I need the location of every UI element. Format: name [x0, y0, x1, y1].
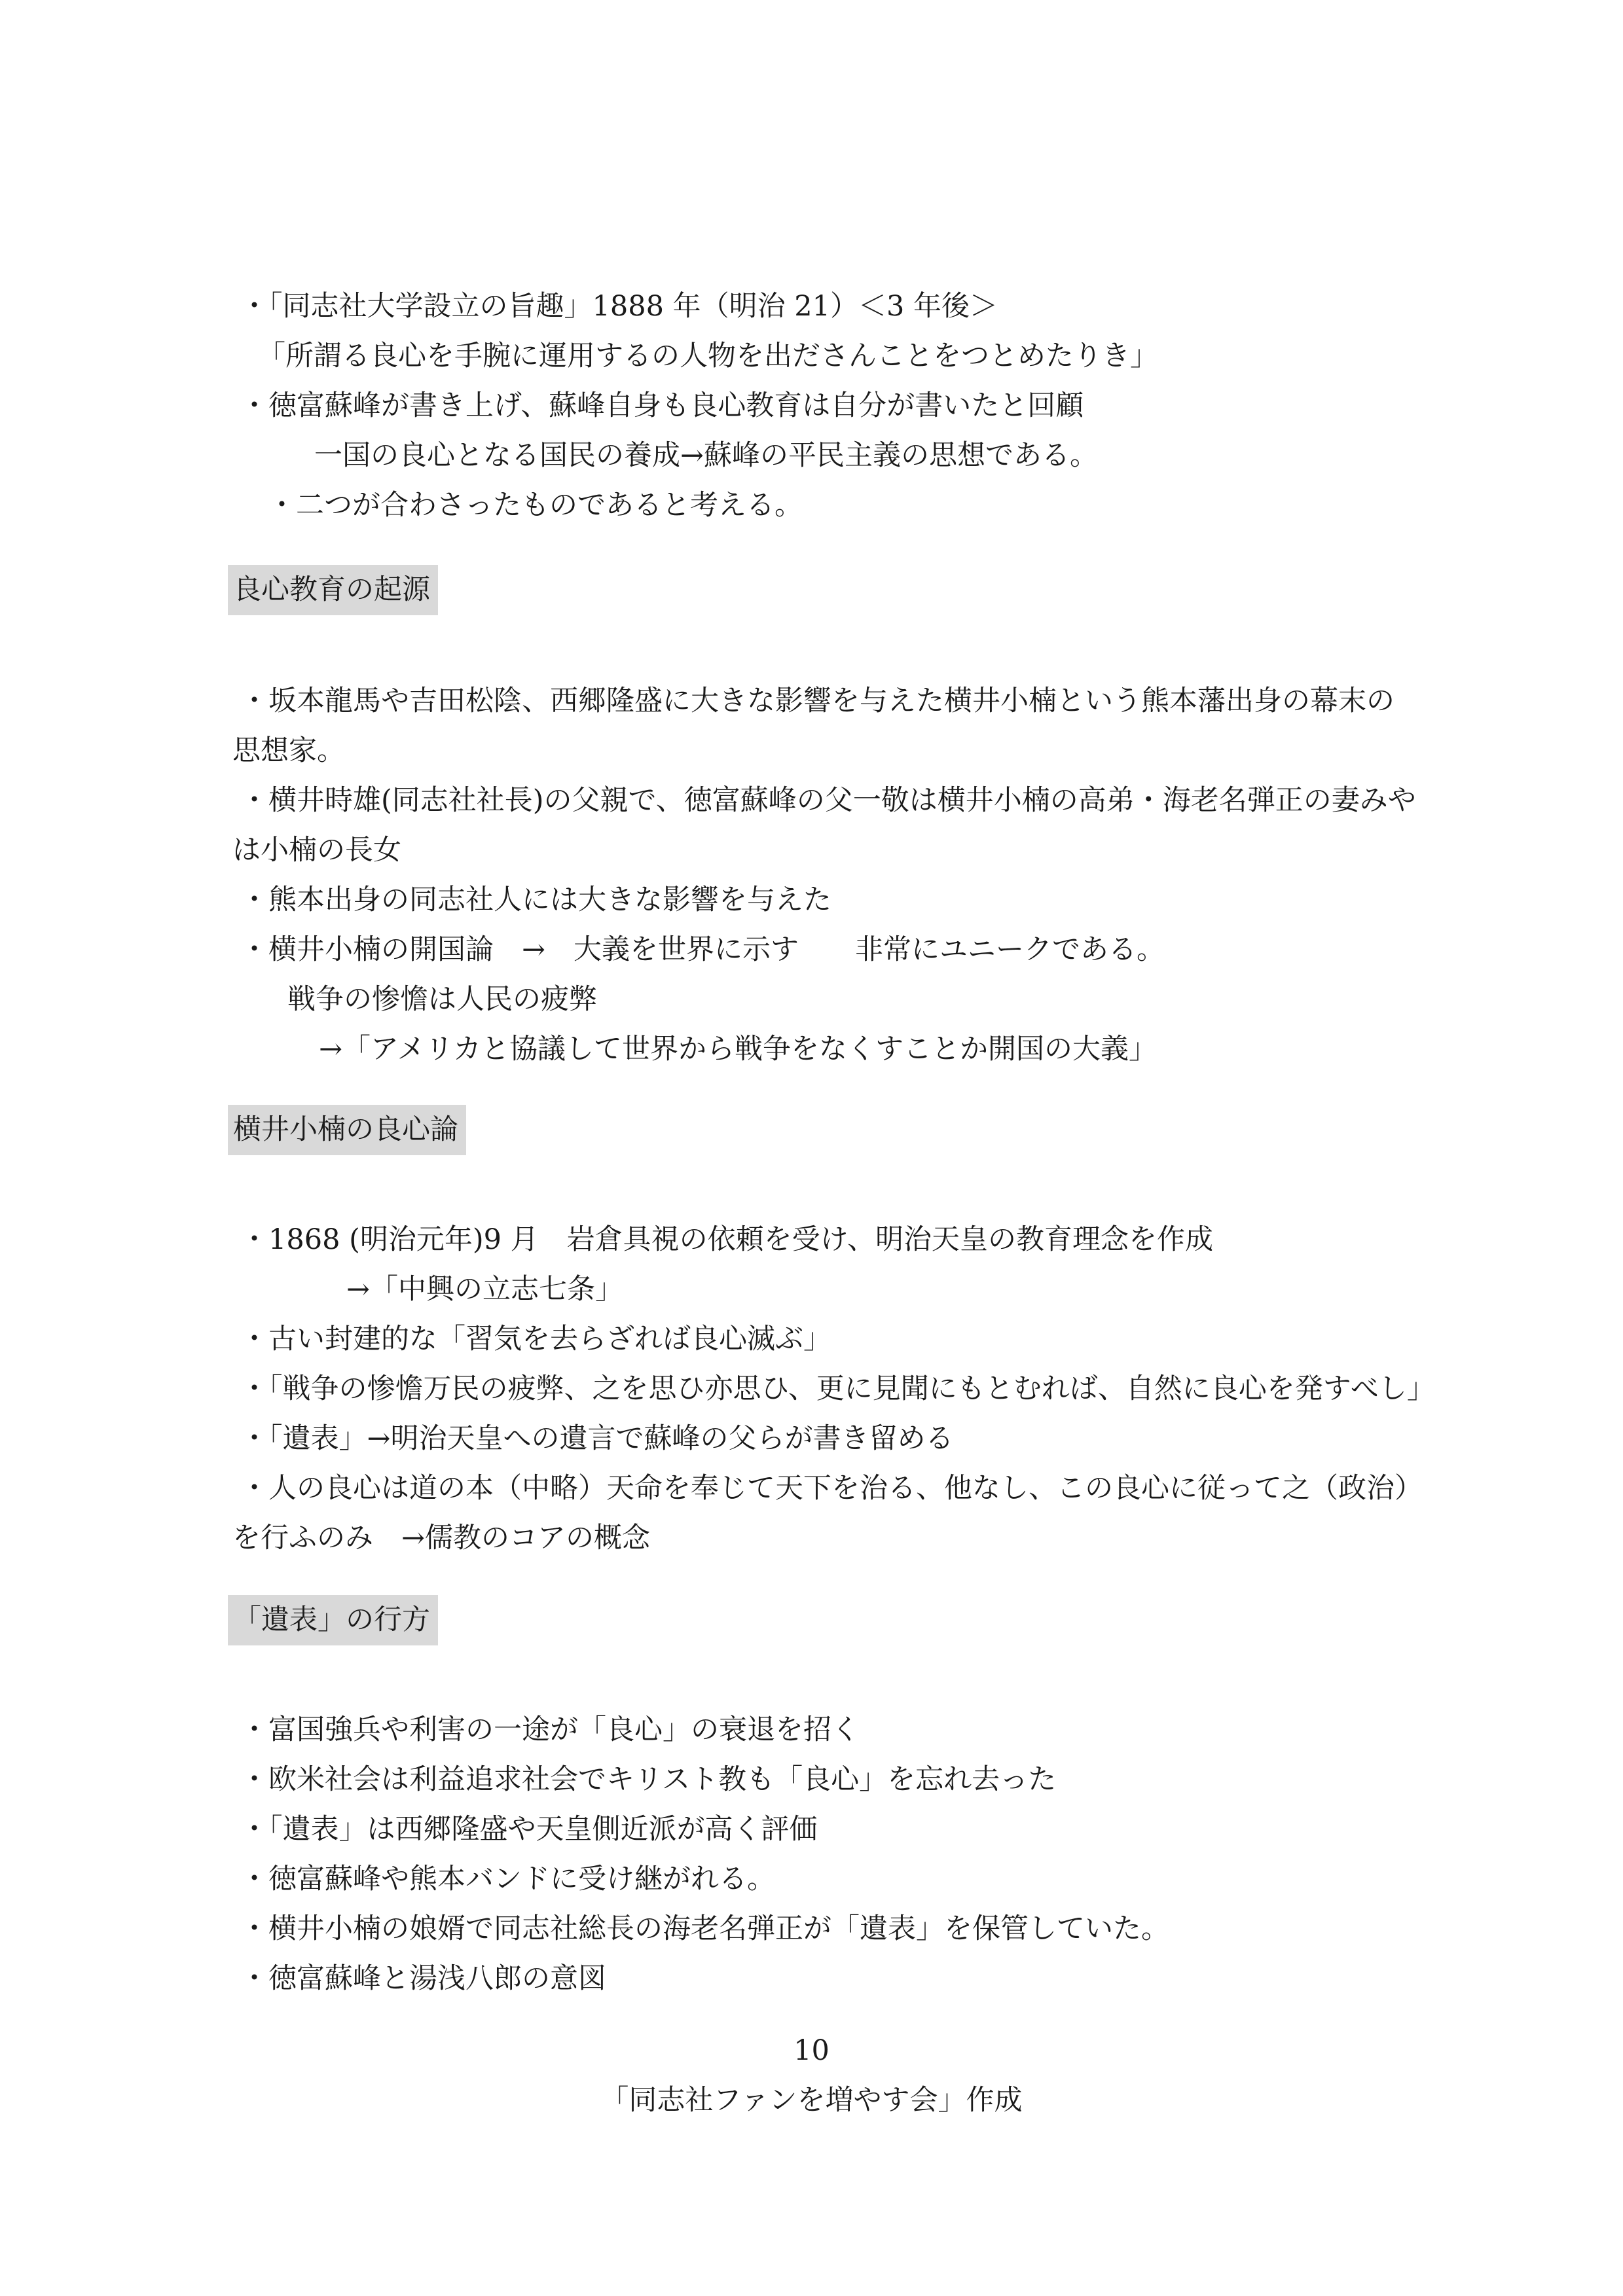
section-heading: 「遺表」の行方: [228, 1595, 438, 1645]
document-page: ・「同志社大学設立の旨趣」1888 年（明治 21）＜3 年後＞ 「所謂る良心を…: [0, 0, 1623, 2296]
text-line: ・「遺表」→明治天皇への遺言で蘇峰の父らが書き留める: [240, 1414, 1391, 1463]
text-line: ・二つが合わさったものであると考える。: [268, 480, 1391, 530]
text-line: ・人の良心は道の本（中略）天命を奉じて天下を治る、他なし、この良心に従って之（政…: [240, 1463, 1391, 1513]
text-line: ・1868 (明治元年)9 月 岩倉具視の依頼を受け、明治天皇の教育理念を作成: [240, 1215, 1391, 1265]
text-line: ・熊本出身の同志社人には大きな影響を与えた: [240, 875, 1391, 925]
text-line: ・「遺表」は西郷隆盛や天皇側近派が高く評価: [240, 1804, 1391, 1854]
text-line: ・古い封建的な「習気を去らざれば良心滅ぶ」: [240, 1314, 1391, 1364]
text-line: ・「戦争の惨憺万民の疲弊、之を思ひ亦思ひ、更に見聞にもとむれば、自然に良心を発す…: [240, 1364, 1391, 1414]
text-line: ・徳富蘇峰が書き上げ、蘇峰自身も良心教育は自分が書いたと回顧: [240, 381, 1391, 431]
text-line: ・徳富蘇峰や熊本バンドに受け継がれる。: [240, 1854, 1391, 1904]
text-line: ・富国強兵や利害の一途が「良心」の衰退を招く: [240, 1705, 1391, 1755]
text-line: ・横井時雄(同志社社長)の父親で、徳富蘇峰の父一敬は横井小楠の高弟・海老名弾正の…: [240, 776, 1391, 825]
text-line: ・坂本龍馬や吉田松陰、西郷隆盛に大きな影響を与えた横井小楠という熊本藩出身の幕末…: [240, 676, 1391, 726]
document-content: ・「同志社大学設立の旨趣」1888 年（明治 21）＜3 年後＞ 「所謂る良心を…: [0, 0, 1623, 2125]
section-heading-row: 横井小楠の良心論: [232, 1105, 1391, 1155]
text-line: ・横井小楠の娘婿で同志社総長の海老名弾正が「遺表」を保管していた。: [240, 1904, 1391, 1954]
text-line: →「中興の立志七条」: [346, 1265, 1391, 1314]
section-heading-row: 「遺表」の行方: [232, 1595, 1391, 1645]
text-line: ・「同志社大学設立の旨趣」1888 年（明治 21）＜3 年後＞: [240, 281, 1391, 331]
section-heading: 横井小楠の良心論: [228, 1105, 466, 1155]
text-line: ・横井小楠の開国論 → 大義を世界に示す 非常にユニークである。: [240, 925, 1391, 975]
text-line: 戦争の惨憺は人民の疲弊: [287, 975, 1391, 1024]
section-heading: 良心教育の起源: [228, 565, 438, 615]
text-line: 思想家。: [232, 726, 1391, 776]
text-line: ・欧米社会は利益追求社会でキリスト教も「良心」を忘れ去った: [240, 1755, 1391, 1804]
text-line: を行ふのみ →儒教のコアの概念: [232, 1513, 1391, 1563]
section-heading-row: 良心教育の起源: [232, 565, 1391, 615]
text-line: は小楠の長女: [232, 825, 1391, 875]
text-line: 一国の良心となる国民の養成→蘇峰の平民主義の思想である。: [314, 431, 1391, 480]
footer-credit: 「同志社ファンを増やす会」作成: [232, 2075, 1391, 2125]
text-line: 「所謂る良心を手腕に運用するの人物を出ださんことをつとめたりき」: [257, 331, 1391, 381]
text-line: ・徳富蘇峰と湯浅八郎の意図: [240, 1954, 1391, 2003]
text-line: →「アメリカと協議して世界から戦争をなくすことか開国の大義」: [319, 1024, 1391, 1074]
page-number: 10: [232, 2026, 1391, 2075]
